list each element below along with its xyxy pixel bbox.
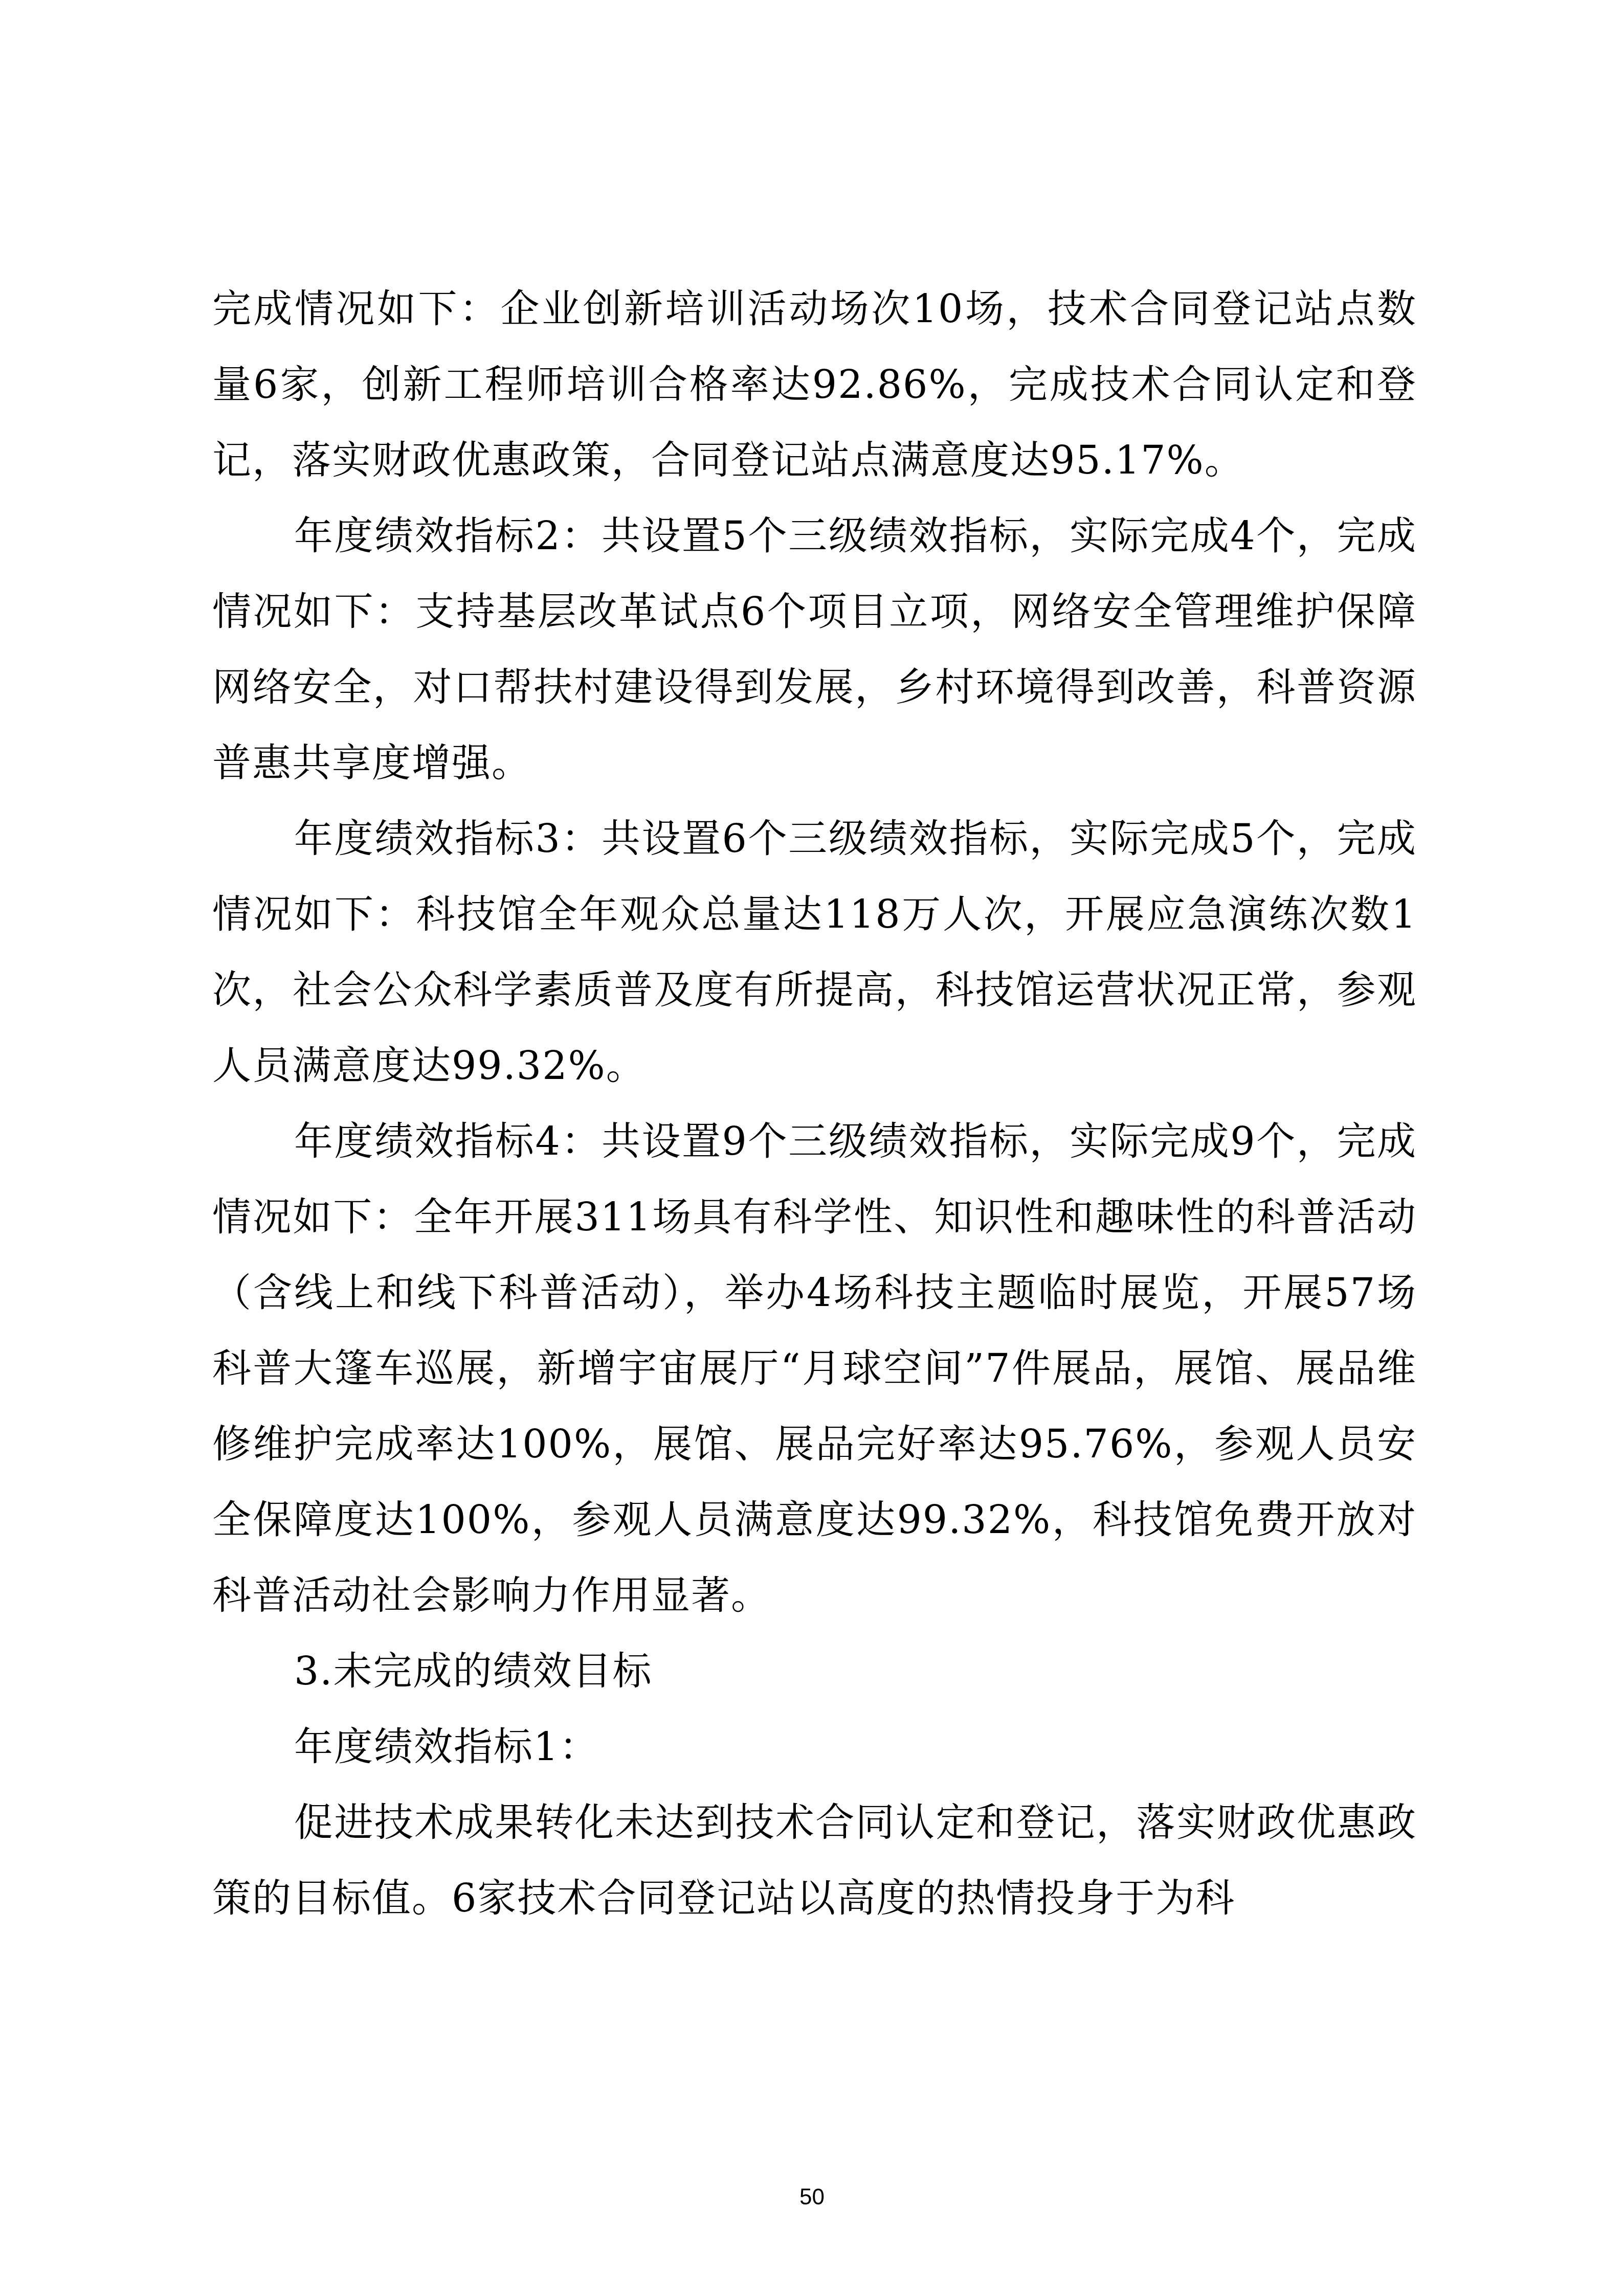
paragraph-indicator-4: 年度绩效指标4：共设置9个三级绩效指标，实际完成9个，完成情况如下：全年开展31… — [212, 1104, 1417, 1633]
paragraph-indicator-2: 年度绩效指标2：共设置5个三级绩效指标，实际完成4个，完成情况如下：支持基层改革… — [212, 498, 1417, 801]
subheading-indicator-1: 年度绩效指标1： — [212, 1709, 1417, 1785]
document-body: 完成情况如下：企业创新培训活动场次10场，技术合同登记站点数量6家，创新工程师培… — [212, 271, 1417, 1936]
paragraph-unmet-indicator-1: 促进技术成果转化未达到技术合同认定和登记，落实财政优惠政策的目标值。6家技术合同… — [212, 1785, 1417, 1936]
page-number: 50 — [0, 2185, 1624, 2210]
paragraph-indicator-3: 年度绩效指标3：共设置6个三级绩效指标，实际完成5个，完成情况如下：科技馆全年观… — [212, 801, 1417, 1104]
section-heading-unmet-goals: 3.未完成的绩效目标 — [212, 1633, 1417, 1709]
paragraph-indicator-1-results: 完成情况如下：企业创新培训活动场次10场，技术合同登记站点数量6家，创新工程师培… — [212, 271, 1417, 498]
